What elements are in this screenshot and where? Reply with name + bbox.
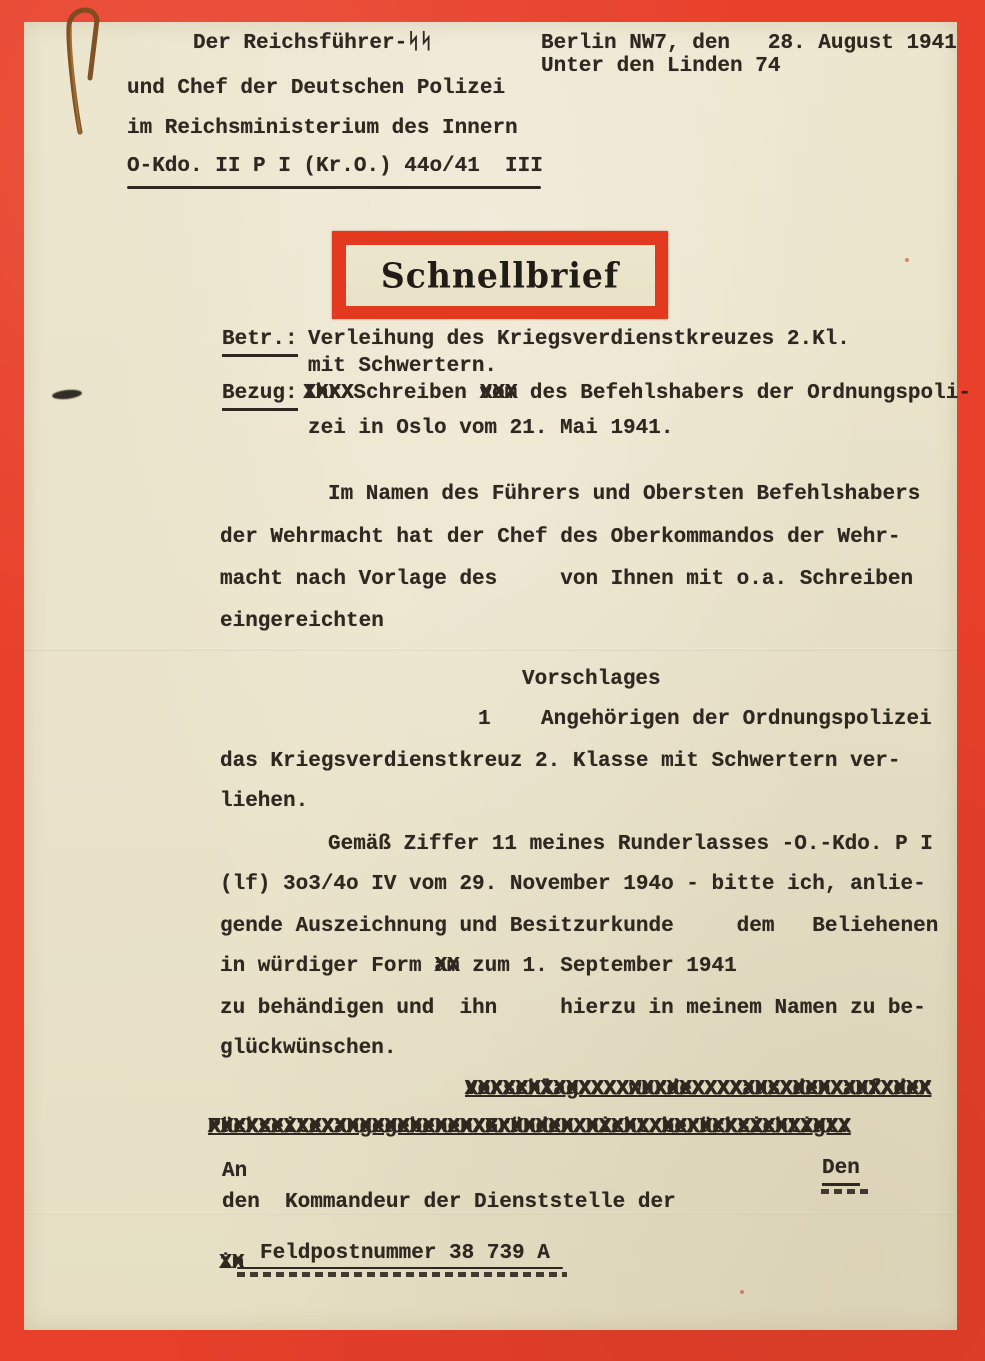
count-line: 1 Angehörigen der Ordnungspolizei xyxy=(478,707,932,733)
file-reference: O-Kdo. II P I (Kr.O.) 44o/41 III xyxy=(127,154,543,180)
body-line: (lf) 3o3/4o IV vom 29. November 194o - b… xyxy=(220,872,926,898)
den-dashed-underline xyxy=(821,1189,873,1194)
feldpost-line: Feldpostnummer 38 739 A xyxy=(260,1241,550,1267)
betr-label: Betr.: xyxy=(222,327,298,357)
vorschlages-word: Vorschlages xyxy=(522,667,661,693)
crossed-out-line-1: Vorschlag wurde aus den auf der xyxy=(465,1077,931,1103)
body-line: eingereichten xyxy=(220,609,384,635)
overstruck-word: am xyxy=(434,954,459,980)
betr-line-1: Verleihung des Kriegsverdienstkreuzes 2.… xyxy=(308,327,850,353)
bezug-line-1: Ihr Schreiben vom des Befehlshabers der … xyxy=(303,381,971,407)
body-line: Im Namen des Führers und Obersten Befehl… xyxy=(328,482,920,508)
paper-crease xyxy=(24,648,957,651)
crossed-out-line-2: Rückseite angegebenen Gründen nicht berü… xyxy=(208,1115,851,1141)
paperclip-icon xyxy=(56,0,120,150)
street-line: Unter den Linden 74 xyxy=(541,54,780,80)
scanned-letter-page: Der Reichsführer-ᛋᛋ Berlin NW7, den 28. … xyxy=(0,0,985,1361)
overstruck-word: Ihr xyxy=(303,381,353,407)
body-line: macht nach Vorlage des von Ihnen mit o.a… xyxy=(220,567,913,593)
form-text-b: zum 1. September 1941 xyxy=(459,955,736,978)
bezug-line-2: zei in Oslo vom 21. Mai 1941. xyxy=(308,416,673,442)
schnellbrief-label: Schnellbrief xyxy=(381,255,619,296)
bezug-label: Bezug: xyxy=(222,381,298,411)
schnellbrief-stamp-inner: Schnellbrief xyxy=(346,245,655,306)
bezug-rest-text: des Befehlshabers der Ordnungspoli- xyxy=(517,382,971,405)
body-line: glückwünschen. xyxy=(220,1036,396,1062)
red-speck xyxy=(740,1290,744,1294)
body-line: zu behändigen und ihn hierzu in meinem N… xyxy=(220,996,926,1022)
feldpost-underline xyxy=(237,1267,563,1269)
sender-line-1: Der Reichsführer-ᛋᛋ xyxy=(193,31,432,57)
form-text-a: in würdiger Form xyxy=(220,955,434,978)
body-line: das Kriegsverdienstkreuz 2. Klasse mit S… xyxy=(220,749,901,775)
schnellbrief-stamp-box: Schnellbrief xyxy=(332,231,668,319)
sender-line-3: im Reichsministerium des Innern xyxy=(127,116,518,142)
body-line: gende Auszeichnung und Besitzurkunde dem… xyxy=(220,914,938,940)
body-line: liehen. xyxy=(220,789,308,815)
body-line: der Wehrmacht hat der Chef des Oberkomma… xyxy=(220,525,901,551)
feldpost-dashed-underline xyxy=(237,1272,567,1277)
sender-line-2: und Chef der Deutschen Polizei xyxy=(127,76,505,102)
body-line: Gemäß Ziffer 11 meines Runderlasses -O.-… xyxy=(328,832,933,858)
body-line: in würdiger Form am zum 1. September 194… xyxy=(220,954,737,980)
addressee-line: den Kommandeur der Dienststelle der xyxy=(222,1190,676,1216)
red-speck xyxy=(905,258,909,262)
an-label: An xyxy=(222,1159,247,1185)
betr-line-2: mit Schwertern. xyxy=(308,354,497,380)
overstruck-word: vom xyxy=(479,381,517,407)
file-reference-underline xyxy=(127,186,541,189)
bezug-mid-text: Schreiben xyxy=(353,382,479,405)
den-label: Den xyxy=(822,1156,860,1186)
